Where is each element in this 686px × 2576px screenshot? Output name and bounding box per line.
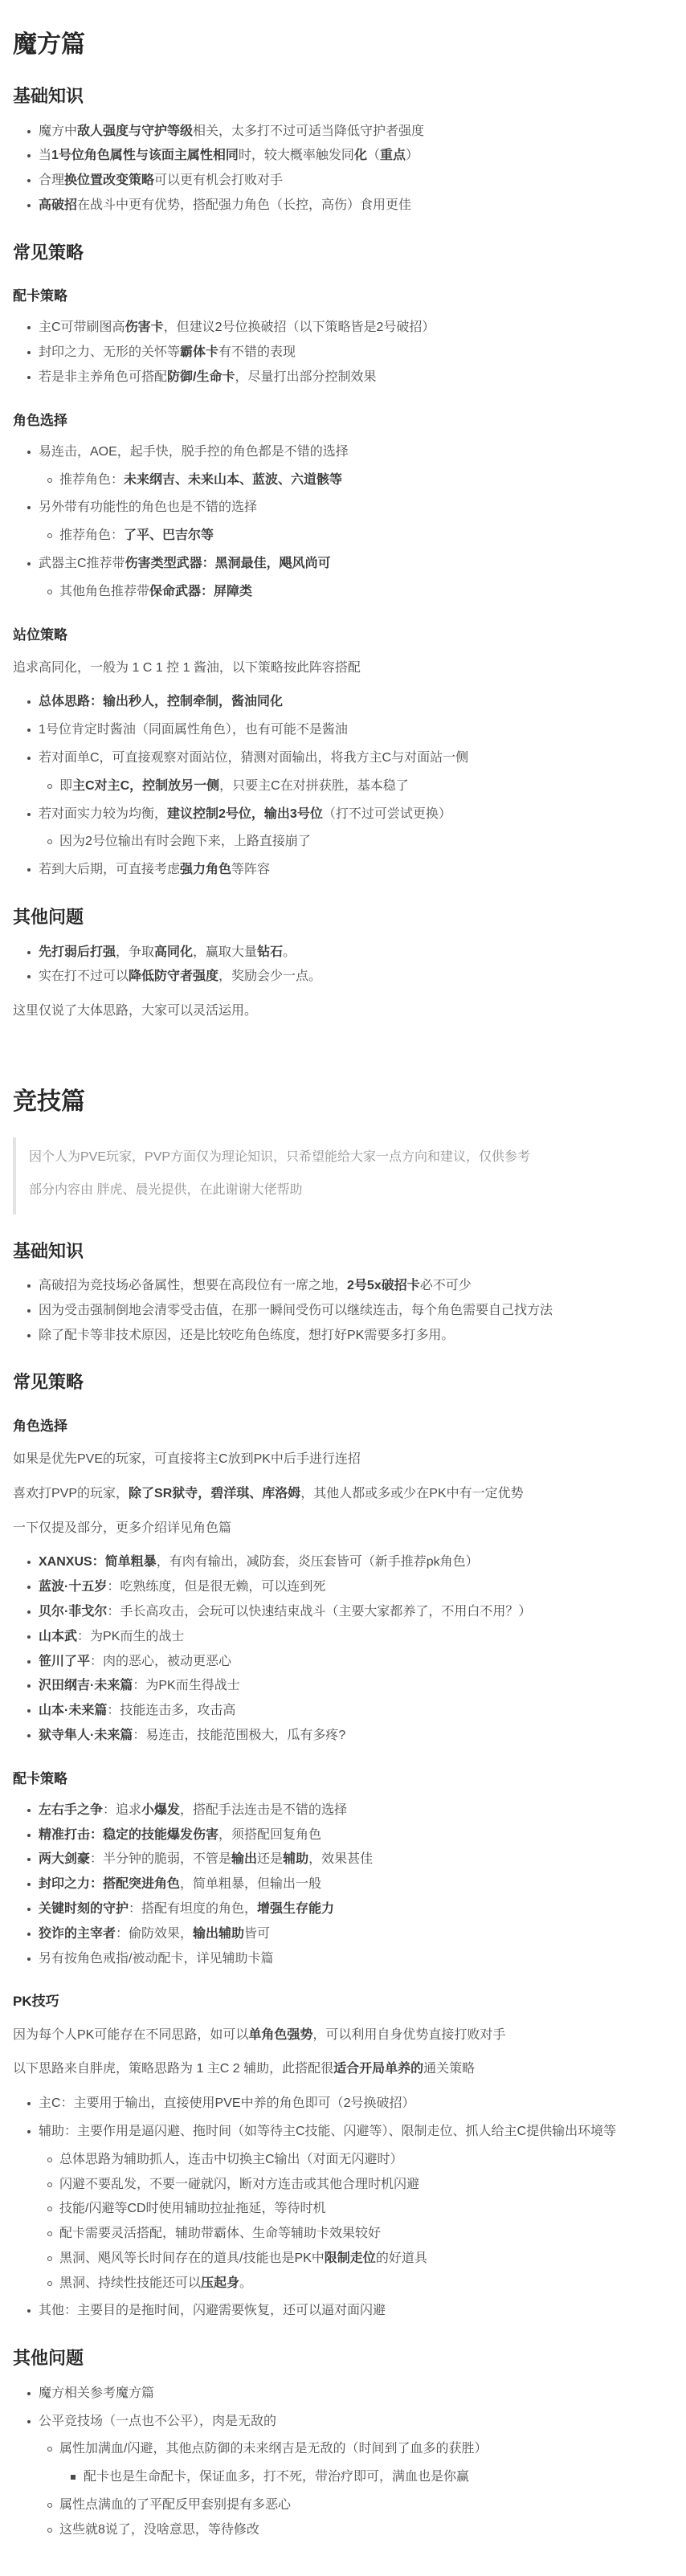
bullet-list: 先打弱后打强，争取高同化，赢取大量钻石。 实在打不过可以降低防守者强度，奖励会少… xyxy=(13,943,672,988)
list-item: 合理换位置改变策略可以更有机会打败对手 xyxy=(39,171,672,191)
list-item: 笹川了平：肉的恶心，被动更恶心 xyxy=(39,1652,672,1672)
heading-jingji-cards: 配卡策略 xyxy=(13,1770,672,1788)
sub-list: 即主C对主C，控制放另一侧，只要主C在对拼获胜，基本稳了 xyxy=(39,777,672,797)
page-title-jingji: 竞技篇 xyxy=(13,1088,672,1117)
list-item: 山本武：为PK而生的战士 xyxy=(39,1627,672,1647)
list-item: 1号位肯定时酱油（同面属性角色），也有可能不是酱油 xyxy=(39,721,672,741)
paragraph: 一下仅提及部分，更多介绍详见角色篇 xyxy=(13,1519,672,1539)
list-item: 黑洞、持续性技能还可以压起身。 xyxy=(59,2274,672,2294)
list-item-text: 辅助：主要作用是逼闪避、拖时间（如等待主C技能、闪避等）、限制走位、抓人给主C提… xyxy=(39,2125,616,2138)
list-item: 属性加满血/闪避，其他点防御的未来纲吉是无敌的（时间到了血多的获胜） 配卡也是生… xyxy=(59,2439,672,2488)
heading-jingji-basics: 基础知识 xyxy=(13,1240,672,1263)
paragraph: 喜欢打PVP的玩家，除了SR狱寺，碧洋琪、库洛姆，其他人都或多或少在PK中有一定… xyxy=(13,1484,672,1504)
note-paragraph: 因个人为PVE玩家，PVP方面仅为理论知识，只希望能给大家一点方向和建议，仅供参… xyxy=(29,1148,659,1168)
paragraph: 以下思路来自胖虎，策略思路为 1 主C 2 辅助，此搭配很适合开局单养的通关策略 xyxy=(13,2060,672,2080)
heading-jingji-chars: 角色选择 xyxy=(13,1418,672,1435)
sub-sub-list: 配卡也是生命配卡，保证血多，打不死，带治疗即可，满血也是你赢 xyxy=(59,2468,672,2488)
list-item: 总体思路为辅助抓人，连击中切换主C输出（对面无闪避时） xyxy=(59,2150,672,2170)
list-item: 武器主C推荐带伤害类型武器：黑洞最佳，飓风尚可 其他角色推荐带保命武器：屏障类 xyxy=(39,554,672,602)
list-item: 若对面单C，可直接观察对面站位，猜测对面输出，将我方主C与对面站一侧 即主C对主… xyxy=(39,749,672,797)
list-item: 沢田纲吉·未来篇：为PK而生得战士 xyxy=(39,1676,672,1696)
list-item-text: 属性加满血/闪避，其他点防御的未来纲吉是无敌的（时间到了血多的获胜） xyxy=(59,2442,487,2456)
heading-jingji-other: 其他问题 xyxy=(13,2347,672,2370)
list-item: 即主C对主C，控制放另一侧，只要主C在对拼获胜，基本稳了 xyxy=(59,777,672,797)
bullet-list: 高破招为竞技场必备属性，想要在高段位有一席之地，2号5x破招卡必不可少 因为受击… xyxy=(13,1276,672,1345)
list-item: 总体思路：输出秒人，控制牵制，酱油同化 xyxy=(39,692,672,712)
note-paragraph: 部分内容由 胖虎、晨光提供，在此谢谢大佬帮助 xyxy=(29,1181,659,1201)
section-jingji: 竞技篇 因个人为PVE玩家，PVP方面仅为理论知识，只希望能给大家一点方向和建议… xyxy=(13,1088,672,2541)
paragraph: 如果是优先PVE的玩家，可直接将主C放到PK中后手进行连招 xyxy=(13,1450,672,1470)
list-item: 若对面实力较为均衡，建议控制2号位，输出3号位（打不过可尝试更换） 因为2号位输… xyxy=(39,805,672,853)
list-item: 若是非主养角色可搭配防御/生命卡，尽量打出部分控制效果 xyxy=(39,368,672,388)
heading-mofang-cards: 配卡策略 xyxy=(13,288,672,305)
list-item: 先打弱后打强，争取高同化，赢取大量钻石。 xyxy=(39,943,672,963)
list-item-text: 另外带有功能性的角色也是不错的选择 xyxy=(39,500,257,514)
heading-mofang-common: 常见策略 xyxy=(13,242,672,264)
list-item: 封印之力、无形的关怀等霸体卡有不错的表现 xyxy=(39,343,672,363)
bullet-list: 左右手之争：追求小爆发，搭配手法连击是不错的选择 精准打击：稳定的技能爆发伤害，… xyxy=(13,1801,672,1970)
bullet-list: 主C：主要用于输出，直接使用PVE中养的角色即可（2号换破招） 辅助：主要作用是… xyxy=(13,2094,672,2321)
bullet-list: 主C可带刷图高伤害卡，但建议2号位换破招（以下策略皆是2号破招） 封印之力、无形… xyxy=(13,318,672,387)
list-item: 推荐角色：未来纲吉、未来山本、蓝波、六道骸等 xyxy=(59,471,672,491)
list-item: XANXUS：简单粗暴，有肉有输出，减防套，炎压套皆可（新手推荐pk角色） xyxy=(39,1553,672,1573)
section-mofang: 魔方篇 基础知识 魔方中敌人强度与守护等级相关，太多打不过可适当降低守护者强度 … xyxy=(13,31,672,1022)
list-item: 辅助：主要作用是逼闪避、拖时间（如等待主C技能、闪避等）、限制走位、抓人给主C提… xyxy=(39,2122,672,2294)
sub-list: 属性加满血/闪避，其他点防御的未来纲吉是无敌的（时间到了血多的获胜） 配卡也是生… xyxy=(39,2439,672,2540)
list-item: 因为受击强制倒地会清零受击值，在那一瞬间受伤可以继续连击，每个角色需要自己找方法 xyxy=(39,1301,672,1321)
sub-list: 推荐角色：了平、巴吉尔等 xyxy=(39,526,672,546)
list-item: 山本·未来篇：技能连击多，攻击高 xyxy=(39,1701,672,1721)
list-item: 两大剑豪：半分钟的脆弱，不管是输出还是辅助，效果甚佳 xyxy=(39,1850,672,1870)
list-item: 主C可带刷图高伤害卡，但建议2号位换破招（以下策略皆是2号破招） xyxy=(39,318,672,338)
bullet-list: 总体思路：输出秒人，控制牵制，酱油同化 1号位肯定时酱油（同面属性角色），也有可… xyxy=(13,692,672,880)
list-item: 除了配卡等非技术原因，还是比较吃角色练度，想打好PK需要多打多用。 xyxy=(39,1326,672,1346)
list-item: 其他角色推荐带保命武器：屏障类 xyxy=(59,582,672,602)
list-item: 易连击，AOE，起手快，脱手控的角色都是不错的选择 推荐角色：未来纲吉、未来山本… xyxy=(39,443,672,491)
paragraph: 因为每个人PK可能存在不同思路，如可以单角色强势，可以利用自身优势直接打败对手 xyxy=(13,2026,672,2046)
heading-mofang-basics: 基础知识 xyxy=(13,85,672,108)
bullet-list: XANXUS：简单粗暴，有肉有输出，减防套，炎压套皆可（新手推荐pk角色） 蓝波… xyxy=(13,1553,672,1745)
list-item: 蓝波·十五岁：吃熟练度，但是很无赖，可以连到死 xyxy=(39,1578,672,1598)
list-item: 狡诈的主宰者：偷防效果，输出辅助皆可 xyxy=(39,1925,672,1945)
list-item: 贝尔·菲戈尔：手长高攻击，会玩可以快速结束战斗（主要大家都养了，不用白不用？） xyxy=(39,1602,672,1623)
list-item: 这些就8说了，没啥意思，等待修改 xyxy=(59,2521,672,2541)
list-item: 其他：主要目的是拖时间，闪避需要恢复，还可以逼对面闪避 xyxy=(39,2301,672,2321)
list-item: 技能/闪避等CD时使用辅助拉扯拖延，等待时机 xyxy=(59,2199,672,2219)
list-item-text: 若对面单C，可直接观察对面站位，猜测对面输出，将我方主C与对面站一侧 xyxy=(39,751,468,765)
list-item: 封印之力：搭配突进角色，简单粗暴，但输出一般 xyxy=(39,1875,672,1895)
list-item: 主C：主要用于输出，直接使用PVE中养的角色即可（2号换破招） xyxy=(39,2094,672,2114)
sub-list: 因为2号位输出有时会跑下来，上路直接崩了 xyxy=(39,832,672,852)
heading-jingji-common: 常见策略 xyxy=(13,1371,672,1394)
list-item: 若到大后期，可直接考虑强力角色等阵容 xyxy=(39,860,672,880)
list-item: 配卡需要灵活搭配，辅助带霸体、生命等辅助卡效果较好 xyxy=(59,2224,672,2244)
bullet-list: 魔方相关参考魔方篇 公平竞技场（一点也不公平），肉是无敌的 属性加满血/闪避，其… xyxy=(13,2384,672,2541)
list-item: 配卡也是生命配卡，保证血多，打不死，带治疗即可，满血也是你赢 xyxy=(84,2468,672,2488)
heading-mofang-other: 其他问题 xyxy=(13,906,672,929)
list-item: 另有按角色戒指/被动配卡，详见辅助卡篇 xyxy=(39,1949,672,1970)
list-item: 高破招为竞技场必备属性，想要在高段位有一席之地，2号5x破招卡必不可少 xyxy=(39,1276,672,1296)
list-item: 实在打不过可以降低防守者强度，奖励会少一点。 xyxy=(39,967,672,987)
sub-list: 其他角色推荐带保命武器：屏障类 xyxy=(39,582,672,602)
list-item: 因为2号位输出有时会跑下来，上路直接崩了 xyxy=(59,832,672,852)
list-item: 推荐角色：了平、巴吉尔等 xyxy=(59,526,672,546)
list-item-text: 武器主C推荐带伤害类型武器：黑洞最佳，飓风尚可 xyxy=(39,557,331,570)
disclaimer-note: 因个人为PVE玩家，PVP方面仅为理论知识，只希望能给大家一点方向和建议，仅供参… xyxy=(13,1137,672,1215)
list-item: 左右手之争：追求小爆发，搭配手法连击是不错的选择 xyxy=(39,1801,672,1821)
list-item: 高破招在战斗中更有优势，搭配强力角色（长控，高伤）食用更佳 xyxy=(39,196,672,216)
list-item: 魔方中敌人强度与守护等级相关，太多打不过可适当降低守护者强度 xyxy=(39,122,672,142)
list-item: 另外带有功能性的角色也是不错的选择 推荐角色：了平、巴吉尔等 xyxy=(39,498,672,546)
list-item: 精准打击：稳定的技能爆发伤害，须搭配回复角色 xyxy=(39,1826,672,1846)
list-item: 属性点满血的了平配反甲套别提有多恶心 xyxy=(59,2496,672,2516)
heading-mofang-chars: 角色选择 xyxy=(13,412,672,430)
list-item: 公平竞技场（一点也不公平），肉是无敌的 属性加满血/闪避，其他点防御的未来纲吉是… xyxy=(39,2412,672,2541)
heading-mofang-position: 站位策略 xyxy=(13,627,672,644)
list-item: 狱寺隼人·未来篇：易连击，技能范围极大，瓜有多疼? xyxy=(39,1726,672,1746)
list-item-text: 公平竞技场（一点也不公平），肉是无敌的 xyxy=(39,2415,276,2428)
sub-list: 推荐角色：未来纲吉、未来山本、蓝波、六道骸等 xyxy=(39,471,672,491)
heading-jingji-pk: PK技巧 xyxy=(13,1993,672,2011)
list-item-text: 易连击，AOE，起手快，脱手控的角色都是不错的选择 xyxy=(39,445,349,459)
bullet-list: 魔方中敌人强度与守护等级相关，太多打不过可适当降低守护者强度 当1号位角色属性与… xyxy=(13,122,672,216)
list-item-text: 若对面实力较为均衡，建议控制2号位，输出3号位（打不过可尝试更换） xyxy=(39,807,451,821)
list-item: 黑洞、飓风等长时间存在的道具/技能也是PK中限制走位的好道具 xyxy=(59,2249,672,2269)
sub-list: 总体思路为辅助抓人，连击中切换主C输出（对面无闪避时） 闪避不要乱发，不要一碰就… xyxy=(39,2150,672,2294)
page-title-mofang: 魔方篇 xyxy=(13,31,672,59)
paragraph: 这里仅说了大体思路，大家可以灵活运用。 xyxy=(13,1002,672,1022)
list-item: 魔方相关参考魔方篇 xyxy=(39,2384,672,2404)
guide-document: 魔方篇 基础知识 魔方中敌人强度与守护等级相关，太多打不过可适当降低守护者强度 … xyxy=(0,0,686,2576)
list-item: 当1号位角色属性与该面主属性相同时，较大概率触发同化（重点） xyxy=(39,146,672,166)
paragraph: 追求高同化，一般为 1 C 1 控 1 酱油，以下策略按此阵容搭配 xyxy=(13,659,672,679)
list-item: 闪避不要乱发，不要一碰就闪，断对方连击或其他合理时机闪避 xyxy=(59,2175,672,2195)
bullet-list: 易连击，AOE，起手快，脱手控的角色都是不错的选择 推荐角色：未来纲吉、未来山本… xyxy=(13,443,672,602)
list-item: 关键时刻的守护：搭配有坦度的角色，增强生存能力 xyxy=(39,1900,672,1920)
